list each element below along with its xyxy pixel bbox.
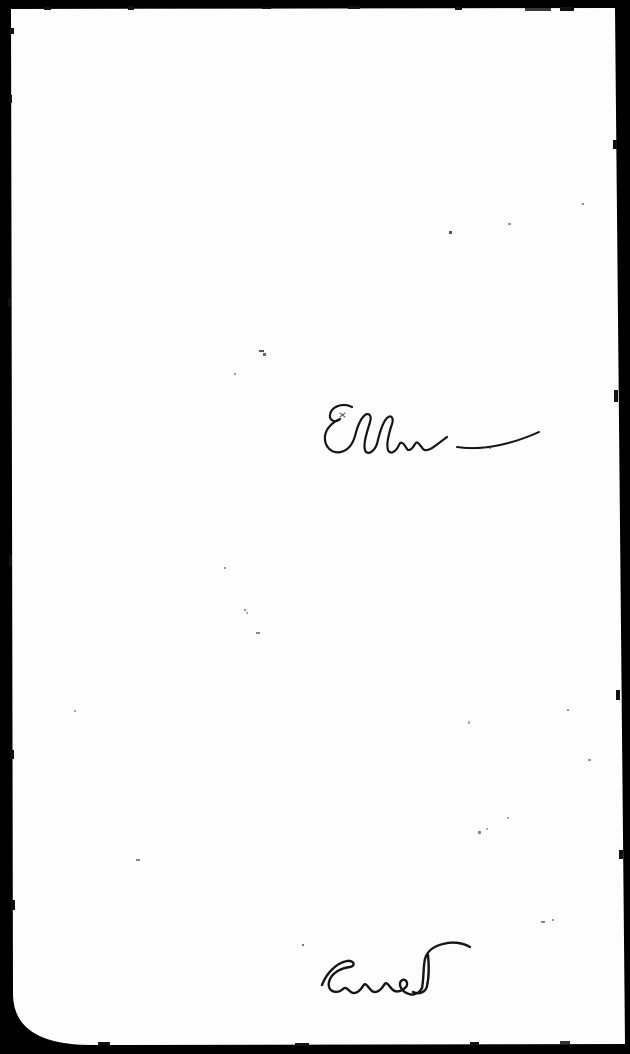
paper-sheet [11,8,625,1045]
scan-canvas: Ellen and [0,0,630,1054]
scanned-page: Blank scanned book page with black scann… [0,0,630,1054]
